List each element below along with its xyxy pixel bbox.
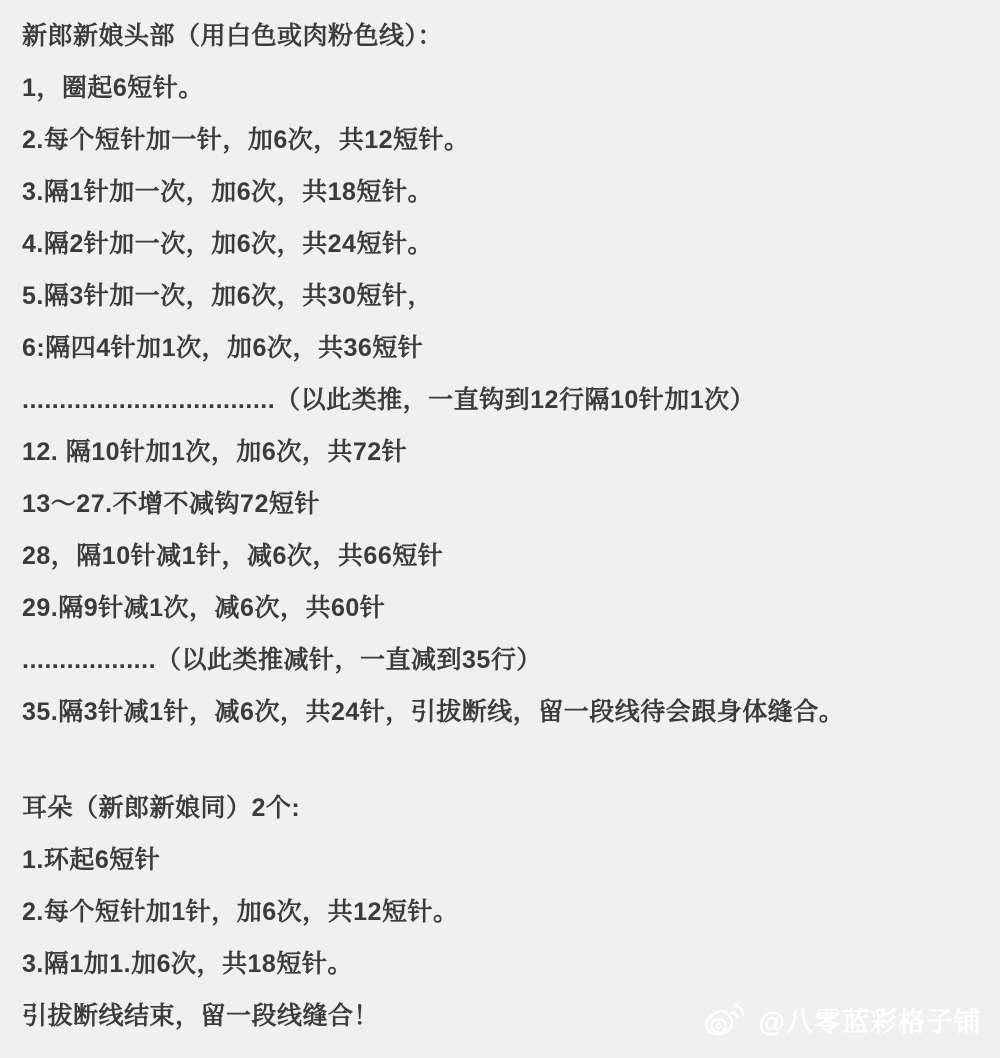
weibo-icon	[701, 1000, 749, 1044]
pattern-step: 4.隔2针加一次，加6次，共24短针。	[22, 218, 1000, 270]
pattern-step: 3.隔1针加一次，加6次，共18短针。	[22, 166, 1000, 218]
pattern-text-block: 新郎新娘头部（用白色或肉粉色线）： 1，圈起6短针。 2.每个短针加一针，加6次…	[0, 0, 1000, 1042]
pattern-step: 35.隔3针减1针，减6次，共24针，引拔断线，留一段线待会跟身体缝合。	[22, 686, 1000, 738]
watermark: @八零蓝彩格子铺	[701, 1000, 982, 1044]
ear-section-title: 耳朵（新郎新娘同）2个:	[22, 782, 1000, 834]
pattern-step: 28，隔10针减1针，减6次，共66短针	[22, 530, 1000, 582]
pattern-step: 5.隔3针加一次，加6次，共30短针，	[22, 270, 1000, 322]
pattern-step: 3.隔1加1.加6次，共18短针。	[22, 938, 1000, 990]
pattern-step: 2.每个短针加1针，加6次，共12短针。	[22, 886, 1000, 938]
pattern-ellipsis-note: ..................................（以此类推，…	[22, 374, 1000, 426]
pattern-step: 29.隔9针减1次，减6次，共60针	[22, 582, 1000, 634]
pattern-step: 1.环起6短针	[22, 834, 1000, 886]
pattern-step: 12. 隔10针加1次，加6次，共72针	[22, 426, 1000, 478]
pattern-step: 2.每个短针加一针，加6次，共12短针。	[22, 114, 1000, 166]
watermark-handle: @八零蓝彩格子铺	[759, 1000, 982, 1044]
head-section-title: 新郎新娘头部（用白色或肉粉色线）：	[22, 10, 1000, 62]
pattern-ellipsis-note: ..................（以此类推减针，一直减到35行）	[22, 634, 1000, 686]
document-page: 新郎新娘头部（用白色或肉粉色线）： 1，圈起6短针。 2.每个短针加一针，加6次…	[0, 0, 1000, 1058]
pattern-step: 1，圈起6短针。	[22, 62, 1000, 114]
pattern-step: 6:隔四4针加1次，加6次，共36短针	[22, 322, 1000, 374]
pattern-step: 13～27.不增不减钩72短针	[22, 478, 1000, 530]
